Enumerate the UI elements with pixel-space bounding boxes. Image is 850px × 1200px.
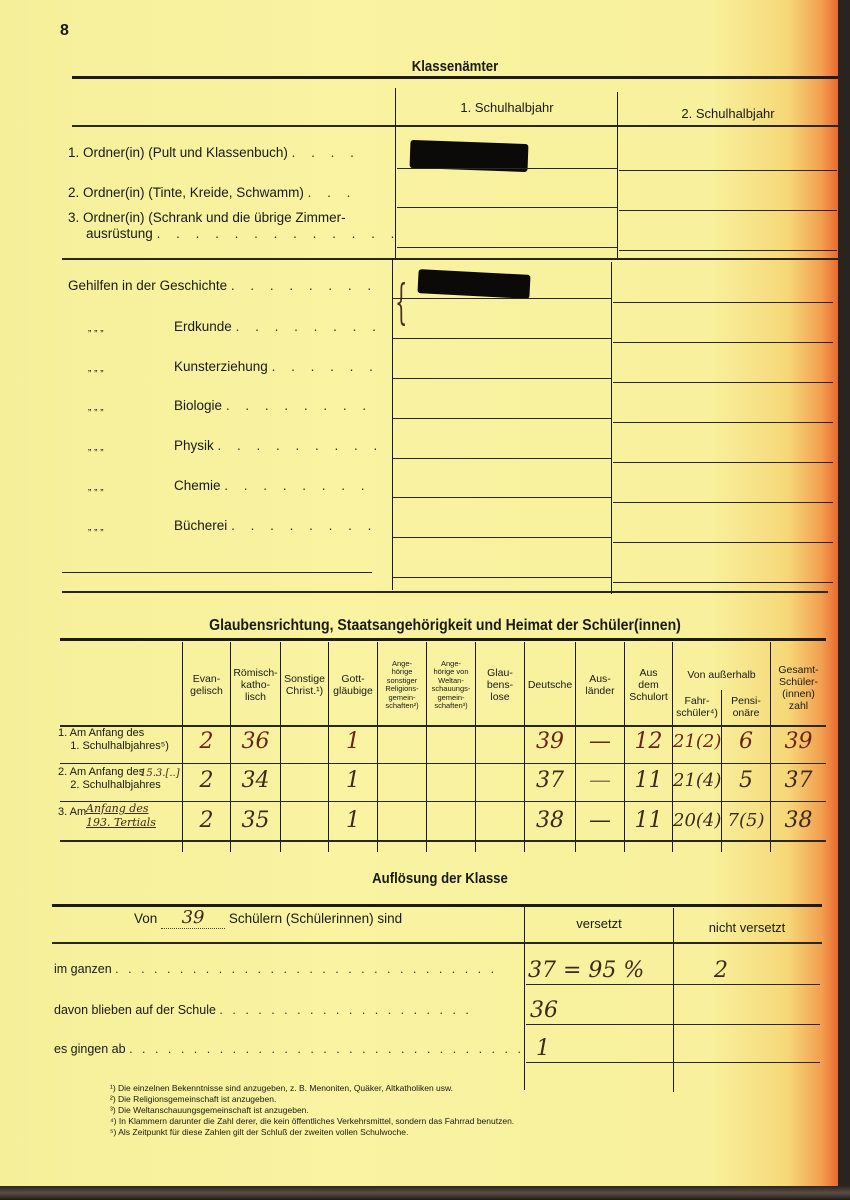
divider <box>60 725 826 727</box>
cell-versetzt-blieben[interactable]: 36 <box>530 998 590 1023</box>
cell-pensionaere[interactable]: 5 <box>722 768 770 793</box>
entry-line[interactable] <box>613 422 833 423</box>
entry-line[interactable] <box>393 577 611 578</box>
entry-line[interactable] <box>613 462 833 463</box>
cell-fahrschueler[interactable]: 21(2) <box>673 731 721 752</box>
divider <box>62 572 372 573</box>
column-header-1-schulhalbjahr: 1. Schulhalbjahr <box>396 100 618 115</box>
divider <box>60 840 826 842</box>
entry-line[interactable] <box>397 168 617 169</box>
gehilfen-buecherei: „ „ „Bücherei . . . . . . . . <box>88 518 377 533</box>
cell-schulort[interactable]: 11 <box>625 768 672 793</box>
ordner-3-label-cont: ausrüstung . . . . . . . . . . . . . <box>86 226 400 241</box>
cell-evangelisch[interactable]: 2 <box>183 808 230 833</box>
cell-gesamt[interactable]: 37 <box>771 768 826 793</box>
cell-fahrschueler[interactable]: 21(4) <box>673 770 721 791</box>
header-glaubenslose: Glau- bens- lose <box>476 650 524 720</box>
row-label-1: 1. Am Anfang des 1. Schulhalbjahres⁵) <box>58 727 169 753</box>
entry-line[interactable] <box>619 170 837 171</box>
header-von-ausserhalb: Von außerhalb <box>673 666 770 684</box>
section-title-glaubensrichtung: Glaubensrichtung, Staatsangehörigkeit un… <box>159 617 731 635</box>
header-religionsgemeinschaften: Ange- hörige sonstiger Religions- gemein… <box>378 650 426 720</box>
cell-deutsche[interactable]: 38 <box>525 808 575 833</box>
entry-line <box>526 984 820 985</box>
aufloesung-row-blieben: davon blieben auf der Schule . . . . . .… <box>54 1003 472 1017</box>
header-roemisch-katholisch: Römisch- katho- lisch <box>231 650 280 720</box>
row-divider <box>60 801 826 802</box>
header-sonstige-christ: Sonstige Christ.¹) <box>281 650 328 720</box>
header-gesamt: Gesamt- Schüler- (innen) zahl <box>771 650 826 726</box>
cell-gesamt[interactable]: 39 <box>771 729 826 754</box>
cell-roemisch[interactable]: 36 <box>231 729 280 754</box>
column-divider <box>617 92 618 260</box>
gehilfen-biologie: „ „ „Biologie . . . . . . . . <box>88 398 372 413</box>
entry-line[interactable] <box>393 298 611 299</box>
section-title-klassenaemter: Klassenämter <box>319 58 592 75</box>
cell-schulort[interactable]: 12 <box>625 729 672 754</box>
cell-auslaender[interactable]: — <box>576 768 624 793</box>
book-bottom-edge <box>0 1186 850 1200</box>
cell-pensionaere[interactable]: 6 <box>722 729 770 754</box>
gehilfen-kunsterziehung: „ „ „Kunsterziehung . . . . . . <box>88 359 379 374</box>
cell-auslaender[interactable]: — <box>576 808 624 833</box>
divider <box>60 638 826 641</box>
cell-roemisch[interactable]: 35 <box>231 808 280 833</box>
footnote-2: ²) Die Religionsgemeinschaft ist anzugeb… <box>110 1094 276 1105</box>
cell-gesamt[interactable]: 38 <box>771 808 826 833</box>
column-divider <box>392 258 393 590</box>
entry-line[interactable] <box>613 302 833 303</box>
ordner-3-label: 3. Ordner(in) (Schrank und die übrige Zi… <box>68 210 346 225</box>
cell-versetzt-im-ganzen[interactable]: 37 = 95 % <box>528 958 668 983</box>
header-gottglaeubige: Gott- gläubige <box>329 650 377 720</box>
cell-pensionaere[interactable]: 7(5) <box>722 810 770 831</box>
entry-line[interactable] <box>393 458 611 459</box>
entry-line[interactable] <box>393 497 611 498</box>
entry-line[interactable] <box>613 542 833 543</box>
cell-deutsche[interactable]: 37 <box>525 768 575 793</box>
entry-line <box>526 1062 820 1063</box>
page-number: 8 <box>60 22 69 40</box>
footnote-5: ⁵) Als Zeitpunkt für diese Zahlen gilt d… <box>110 1127 408 1138</box>
divider <box>62 258 838 260</box>
header-evangelisch: Evan- gelisch <box>183 650 230 720</box>
gehilfen-erdkunde: „ „ „Erdkunde . . . . . . . . <box>88 319 382 334</box>
divider <box>72 125 838 127</box>
cell-evangelisch[interactable]: 2 <box>183 729 230 754</box>
aufloesung-header: Von 39 Schülern (Schülerinnen) sind <box>134 907 402 929</box>
cell-roemisch[interactable]: 34 <box>231 768 280 793</box>
cell-deutsche[interactable]: 39 <box>525 729 575 754</box>
gehilfen-geschichte: Gehilfen in der Geschichte . . . . . . .… <box>68 278 377 293</box>
header-auslaender: Aus- länder <box>576 650 624 720</box>
section-title-aufloesung: Auflösung der Klasse <box>317 870 563 887</box>
entry-line[interactable] <box>613 342 833 343</box>
cell-gottglaeubige[interactable]: 1 <box>329 729 377 754</box>
divider <box>62 591 828 593</box>
row-label-2-annotation: 15.3.[..] <box>140 768 180 779</box>
entry-line[interactable] <box>613 382 833 383</box>
header-fahrschueler: Fahr- schüler⁴) <box>673 690 721 724</box>
gehilfen-chemie: „ „ „Chemie . . . . . . . . <box>88 478 371 493</box>
entry-line <box>526 1024 820 1025</box>
cell-schulort[interactable]: 11 <box>625 808 672 833</box>
total-students-count[interactable]: 39 <box>182 907 205 928</box>
footnote-1: ¹) Die einzelnen Bekenntnisse sind anzug… <box>110 1083 453 1094</box>
header-pensionaere: Pensi- onäre <box>722 690 770 724</box>
cell-gottglaeubige[interactable]: 1 <box>329 768 377 793</box>
cell-evangelisch[interactable]: 2 <box>183 768 230 793</box>
entry-line[interactable] <box>619 250 837 251</box>
entry-line[interactable] <box>393 418 611 419</box>
column-divider <box>524 906 525 1090</box>
header-deutsche: Deutsche <box>525 650 575 720</box>
row-divider <box>60 763 826 764</box>
header-weltanschauung: Ange- hörige von Weltan- schauungs- geme… <box>427 650 475 720</box>
cell-gottglaeubige[interactable]: 1 <box>329 808 377 833</box>
entry-line[interactable] <box>393 338 611 339</box>
ordner-1-label: 1. Ordner(in) (Pult und Klassenbuch) . .… <box>68 145 360 160</box>
column-header-2-schulhalbjahr: 2. Schulhalbjahr <box>618 106 838 121</box>
column-divider <box>673 908 674 1092</box>
entry-line[interactable] <box>619 210 837 211</box>
aufloesung-row-im-ganzen: im ganzen . . . . . . . . . . . . . . . … <box>54 962 497 976</box>
redacted-name-gehilfen <box>417 269 530 299</box>
footnote-3: ³) Die Weltanschauungsgemeinschaft ist a… <box>110 1105 309 1116</box>
entry-line[interactable] <box>393 537 611 538</box>
cell-auslaender[interactable]: — <box>576 729 624 754</box>
cell-versetzt-gingen-ab[interactable]: 1 <box>536 1036 596 1061</box>
row-label-3: 3. Am <box>58 806 86 819</box>
column-header-versetzt: versetzt <box>525 916 673 931</box>
divider <box>52 942 822 944</box>
ordner-2-label: 2. Ordner(in) (Tinte, Kreide, Schwamm) .… <box>68 185 356 200</box>
header-aus-dem-schulort: Aus dem Schulort <box>625 650 672 720</box>
cell-nicht-versetzt-im-ganzen[interactable]: 2 <box>676 958 766 983</box>
entry-line[interactable] <box>393 378 611 379</box>
entry-line[interactable] <box>613 502 833 503</box>
column-header-nicht-versetzt: nicht versetzt <box>674 920 820 935</box>
cell-fahrschueler[interactable]: 20(4) <box>673 810 721 831</box>
footnote-4: ⁴) In Klammern darunter die Zahl derer, … <box>110 1116 514 1127</box>
entry-line[interactable] <box>397 207 617 208</box>
aufloesung-row-gingen-ab: es gingen ab . . . . . . . . . . . . . .… <box>54 1042 524 1056</box>
column-divider <box>611 262 612 594</box>
entry-line[interactable] <box>397 247 617 248</box>
gehilfen-physik: „ „ „Physik . . . . . . . . . <box>88 438 383 453</box>
form-page: 8 Klassenämter 1. Schulhalbjahr 2. Schul… <box>0 0 838 1188</box>
divider <box>72 76 838 79</box>
brace-icon: { <box>395 278 407 326</box>
entry-line[interactable] <box>613 582 833 583</box>
row-label-3-handwritten: Anfang des 193. Tertials <box>86 802 156 830</box>
